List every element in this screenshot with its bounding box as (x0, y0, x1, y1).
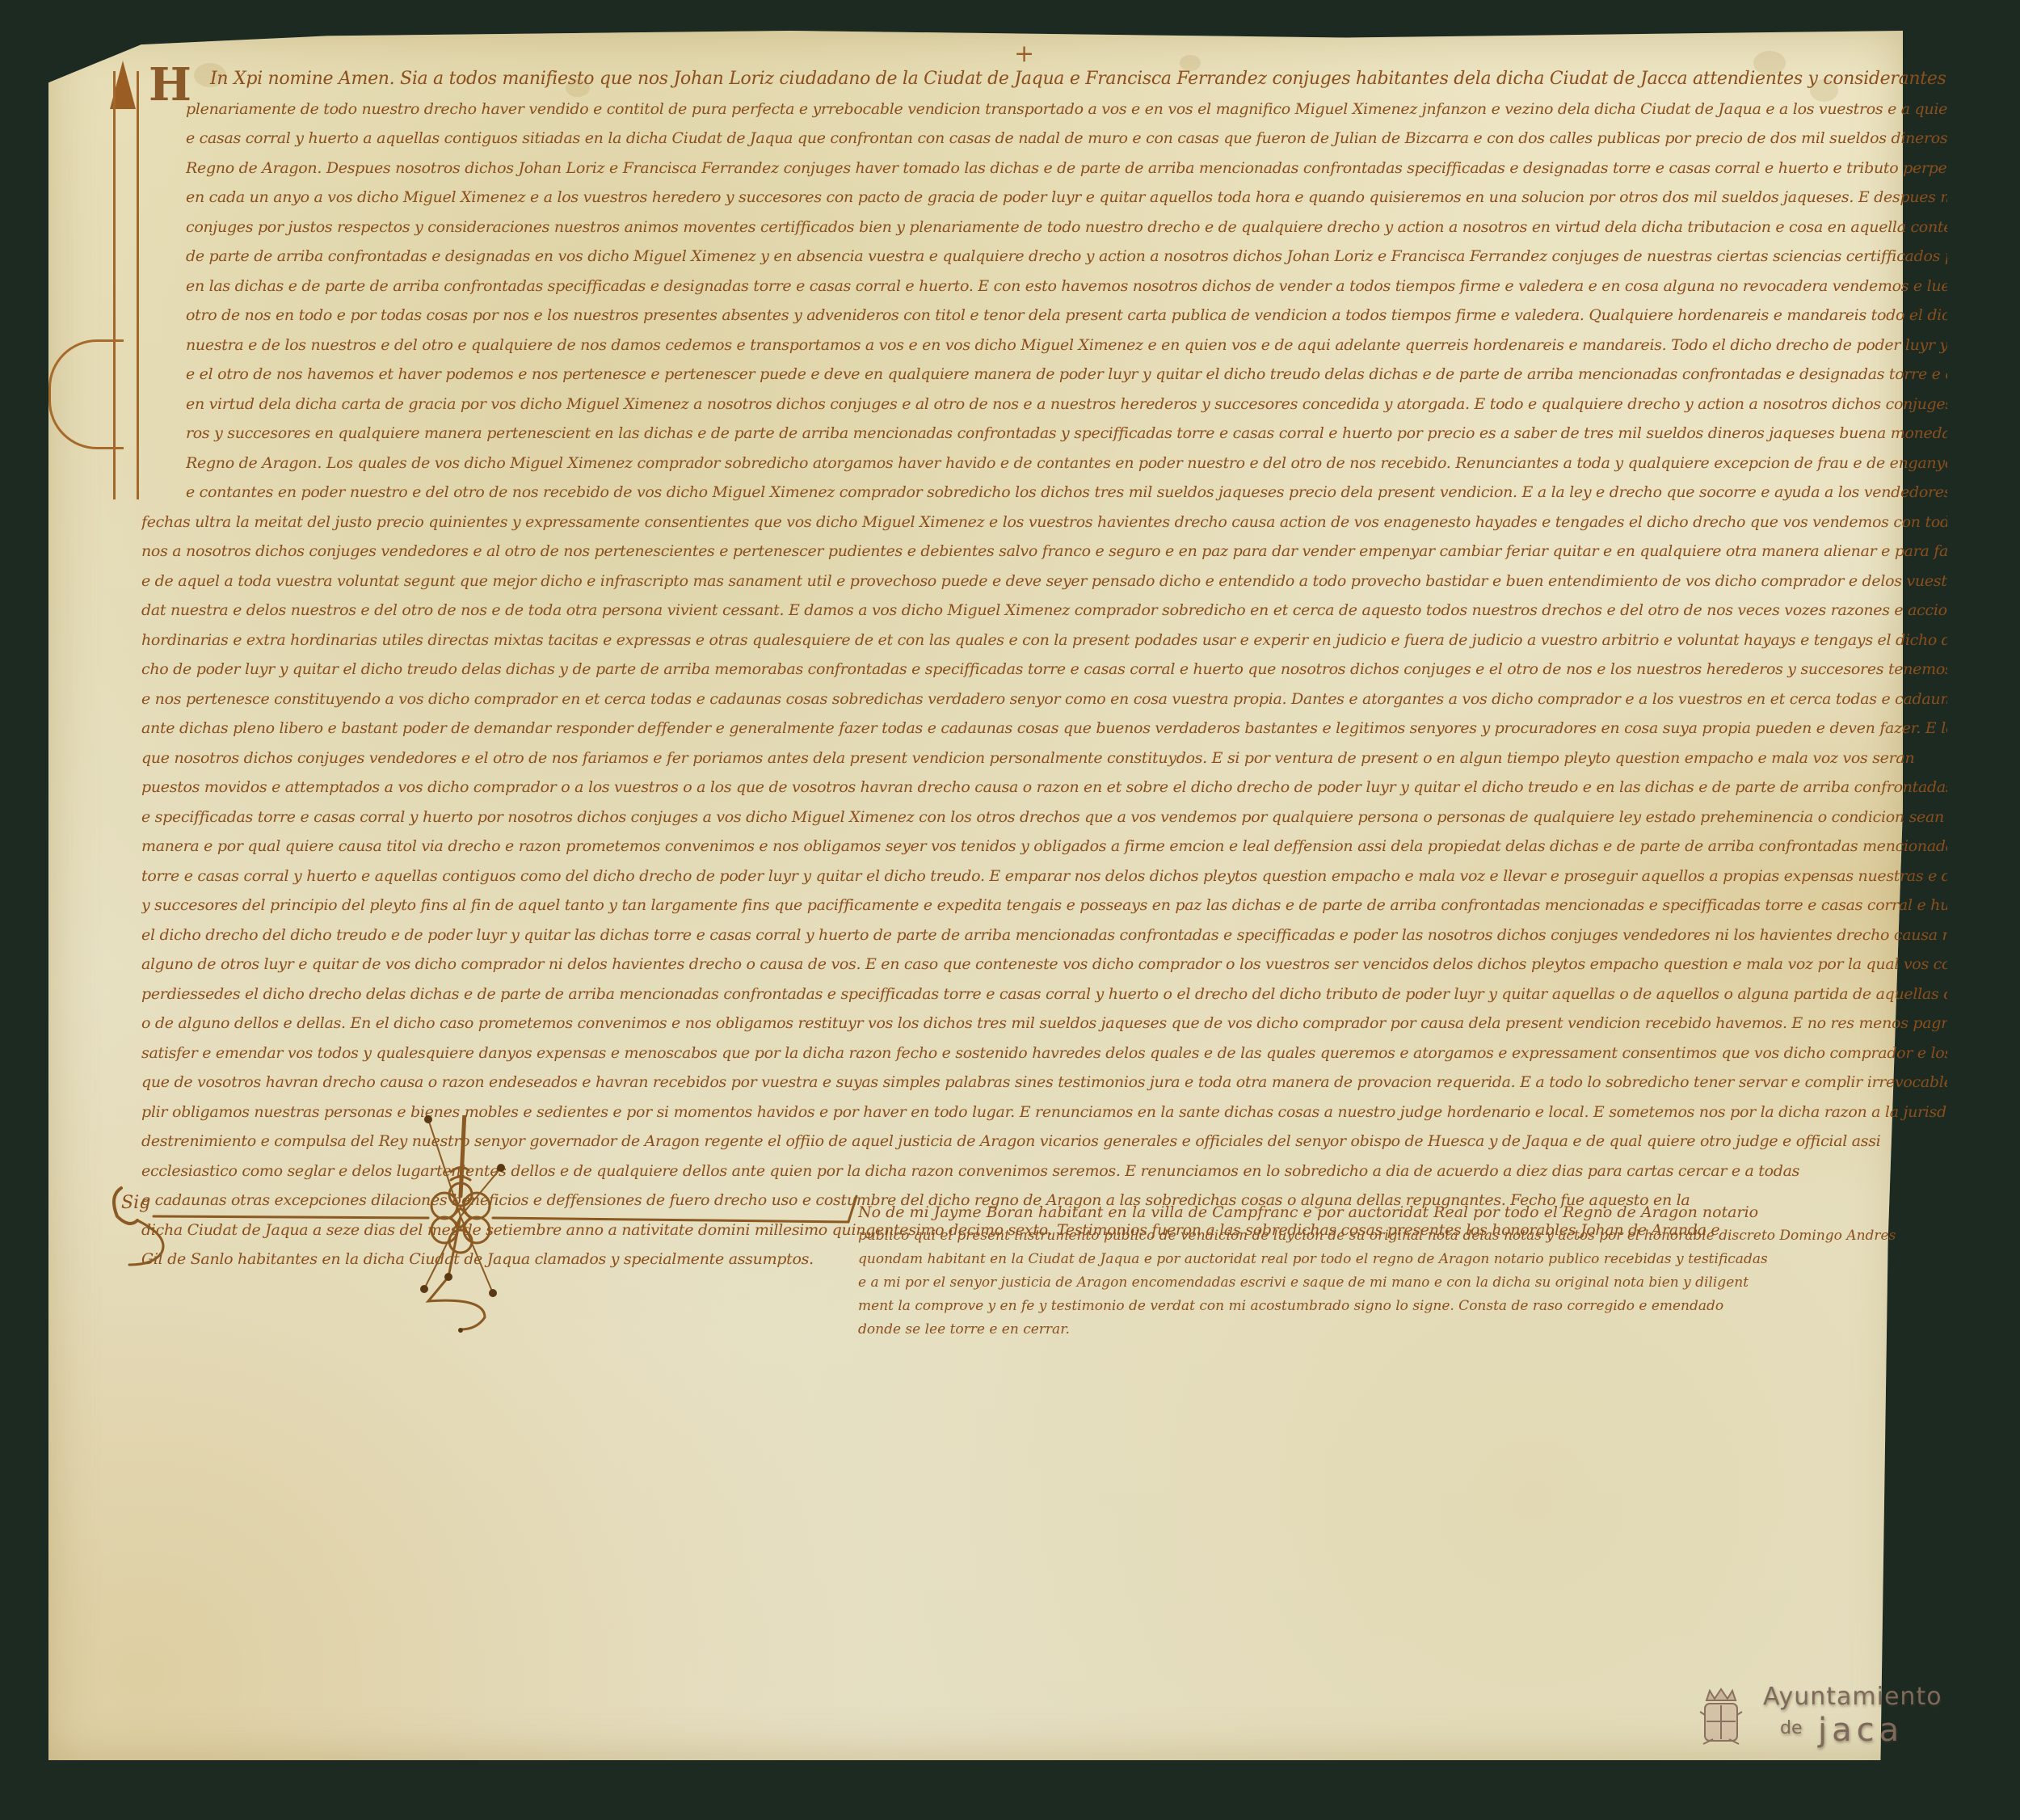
notary-line: No de mi Jayme Boran habitant en la vill… (858, 1201, 1989, 1224)
manuscript-line: ros y succesores en qualquiere manera pe… (186, 419, 1947, 449)
manuscript-line: conjuges por justos respectos y consider… (186, 213, 1947, 242)
manuscript-line: o de alguno dellos e dellas. En el dicho… (141, 1009, 1947, 1038)
notary-line: ment la comprove y en fe y testimonio de… (858, 1295, 1989, 1318)
manuscript-line: otro de nos en todo e por todas cosas po… (186, 301, 1947, 331)
manuscript-line: y succesores del principio del pleyto fi… (141, 891, 1947, 921)
manuscript-line: ante dichas pleno libero e bastant poder… (141, 714, 1947, 744)
notary-line: publico qui el present instrumento publi… (858, 1224, 1989, 1248)
signum-label: Sig (121, 1193, 150, 1213)
manuscript-line: en cada un anyo a vos dicho Miguel Ximen… (186, 183, 1947, 213)
invocation-cross-mark: + (1014, 42, 1034, 66)
watermark-de: de (1780, 1718, 1803, 1738)
manuscript-line: Regno de Aragon. Despues nosotros dichos… (186, 154, 1947, 183)
watermark-ayuntamiento: Ayuntamiento (1763, 1683, 1942, 1711)
manuscript-line: e specifficadas torre e casas corral y h… (141, 803, 1947, 832)
manuscript-line: alguno de otros luyr e quitar de vos dic… (141, 950, 1947, 980)
notary-line: donde se lee torre e en cerrar. (858, 1318, 1989, 1342)
manuscript-line: manera e por qual quiere causa titol via… (141, 832, 1947, 862)
manuscript-line: el dicho drecho del dicho treudo e de po… (141, 921, 1947, 950)
notary-line: quondam habitant en la Ciudat de Jaqua e… (858, 1248, 1989, 1271)
manuscript-line: fechas ultra la meitat del justo precio … (141, 508, 1947, 537)
manuscript-line: en virtud dela dicha carta de gracia por… (186, 390, 1947, 419)
manuscript-line: e de aquel a toda vuestra voluntat segun… (141, 567, 1947, 596)
manuscript-line: torre e casas corral y huerto e aquellas… (141, 862, 1947, 891)
coat-of-arms-icon (1697, 1687, 1745, 1752)
notary-signum-icon (105, 1115, 881, 1358)
manuscript-line: satisfer e emendar vos todos y qualesqui… (141, 1038, 1947, 1068)
watermark-jaca: JACA (1818, 1712, 1904, 1749)
manuscript-line: cho de poder luyr y quitar el dicho treu… (141, 655, 1947, 685)
manuscript-line: dat nuestra e delos nuestros e del otro … (141, 596, 1947, 626)
ayuntamiento-jaca-watermark: Ayuntamiento de JACA (1697, 1665, 1907, 1754)
manuscript-line: e casas corral y huerto a aquellas conti… (186, 124, 1947, 154)
manuscript-line: puestos movidos e attemptados a vos dich… (141, 773, 1947, 803)
manuscript-line: nuestra e de los nuestros e del otro e q… (186, 331, 1947, 360)
manuscript-line: perdiessedes el dicho drecho delas dicha… (141, 980, 1947, 1009)
manuscript-line: Regno de Aragon. Los quales de vos dicho… (186, 449, 1947, 478)
manuscript-line: e nos pertenesce constituyendo a vos dic… (141, 685, 1947, 714)
manuscript-line: nos a nosotros dichos conjuges vendedore… (141, 537, 1947, 567)
manuscript-body: In Xpi nomine Amen. Sia a todos manifies… (141, 65, 1947, 1274)
manuscript-line: e contantes en poder nuestro e del otro … (186, 478, 1947, 508)
manuscript-line: hordinarias e extra hordinarias utiles d… (141, 626, 1947, 655)
notary-subscription: No de mi Jayme Boran habitant en la vill… (858, 1201, 1989, 1342)
manuscript-line: e el otro de nos havemos et haver podemo… (186, 360, 1947, 390)
notary-line: e a mi por el senyor justicia de Aragon … (858, 1271, 1989, 1295)
manuscript-line: que de vosotros havran drecho causa o ra… (141, 1068, 1947, 1097)
decorated-initial-i-curl (48, 339, 124, 449)
manuscript-line: plenariamente de todo nuestro drecho hav… (186, 95, 1947, 124)
manuscript-line: que nosotros dichos conjuges vendedores … (141, 744, 1947, 773)
manuscript-line: de parte de arriba confrontadas e design… (186, 242, 1947, 272)
manuscript-line: In Xpi nomine Amen. Sia a todos manifies… (186, 65, 1947, 95)
manuscript-line: en las dichas e de parte de arriba confr… (186, 272, 1947, 301)
